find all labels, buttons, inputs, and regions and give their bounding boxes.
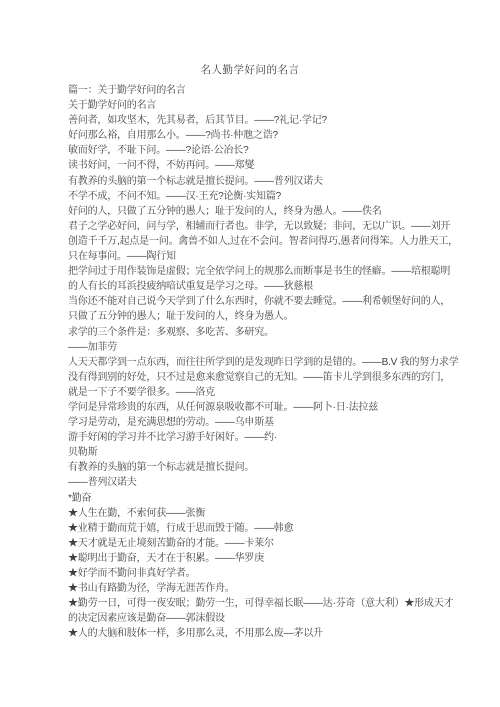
text-line: 贝勒斯: [68, 445, 440, 460]
text-line: ★天才就是无止境刻苦勤奋的才能。——卡莱尔: [68, 536, 440, 551]
text-line: ★书山有路勤为径，学海无涯苦作舟。: [68, 581, 440, 596]
text-line: 没有得到别的好处，只不过是愈来愈觉察自己的无知。——笛卡儿学到很多东西的窍门，: [68, 370, 440, 385]
text-line: 就是一下子不要学很多。——洛克: [68, 385, 440, 400]
text-line: 的人有长的耳浜投疲纳喑试重复是学习之母。——狄慈根: [68, 279, 440, 294]
text-line: ★聪明出于勤奋，天才在于积累。——华罗庚: [68, 551, 440, 566]
text-line: 只在每事问。——陶行知: [68, 249, 440, 264]
text-line: 当你还不能对自己说今天学到了什么东西时，你就不要去睡觉。——利希顿堡好问的人，: [68, 294, 440, 309]
text-line: 君子之学必好问，问与学，相辅而行者也。非学，无以致疑；非问，无以广识。——刘开: [68, 219, 440, 234]
text-line: 游手好闲的学习并不比学习游手好闲好。——约·: [68, 430, 440, 445]
document-body: 篇一：关于勤学好问的名言关于勤学好问的名言善问者，如攻坚木，先其易者，后其节目。…: [68, 83, 440, 641]
text-line: 把学问过于用作装饰是虚假；完全依学问上的规那么而断事是书生的怪癖。——培根聪明: [68, 264, 440, 279]
document-title: 名人勤学好问的名言: [0, 62, 500, 77]
text-line: 学习是劳动，是充满思想的劳动。——乌申斯基: [68, 415, 440, 430]
text-line: ★勤劳一日，可得一夜安眠；勤劳一生，可得幸福长眠——达·芬奇（意大利）★形成天才: [68, 596, 440, 611]
text-line: 学问是异常珍贵的东西，从任何源泉吸收都不可耻。——阿卜·日·法拉兹: [68, 400, 440, 415]
document-page: 名人勤学好问的名言 篇一：关于勤学好问的名言关于勤学好问的名言善问者，如攻坚木，…: [0, 0, 500, 707]
text-line: ——普列汉诺夫: [68, 475, 440, 490]
text-line: 有教养的头脑的第一个标志就是擅长提问。——普列汉诺夫: [68, 174, 440, 189]
text-line: 关于勤学好问的名言: [68, 98, 440, 113]
text-line: 创造千千万,起点是一问。禽兽不如人,过在不会问。智者问得巧,愚者问得笨。人力胜天…: [68, 234, 440, 249]
text-line: 只做了五分钟的愚人；耻于发问的人，终身为愚人。: [68, 309, 440, 324]
text-line: 敏而好学，不耻下问。——?论语·公冶长?: [68, 143, 440, 158]
text-line: 读书好问，一问不得，不妨再问。——郑燮: [68, 158, 440, 173]
text-line: ★人的大脑和肢体一样，多用那么灵，不用那么废—茅以升: [68, 626, 440, 641]
text-line: 篇一：关于勤学好问的名言: [68, 83, 440, 98]
text-line: 的决定因素应该是勤奋——郭沫假设: [68, 611, 440, 626]
text-line: 好问那么裕，自用那么小。——?尚书·仲虺之诰?: [68, 128, 440, 143]
text-line: 不学不成，不问不知。——汉·王充?论衡·实知篇?: [68, 189, 440, 204]
text-line: ★业精于勤而荒于嬉，行成于思而毁于随。——韩愈: [68, 521, 440, 536]
text-line: 有教养的头脑的第一个标志就是擅长提问。: [68, 460, 440, 475]
text-line: 求学的三个条件是：多观察、多吃苦、多研究。: [68, 325, 440, 340]
text-line: *勤奋: [68, 491, 440, 506]
text-line: ——加菲劳: [68, 340, 440, 355]
text-line: 人天天都学到一点东西，而往往所学到的是发现昨日学到的是错的。——B.V 我的努力…: [68, 355, 440, 370]
text-line: ★人生在勤，不索何获——张衡: [68, 506, 440, 521]
text-line: 好问的人，只做了五分钟的愚人；耻于发问的人，终身为愚人。——佚名: [68, 204, 440, 219]
text-line: ★好学而不勤问非真好学者。: [68, 566, 440, 581]
text-line: 善问者，如攻坚木，先其易者，后其节目。——?礼记·学记?: [68, 113, 440, 128]
